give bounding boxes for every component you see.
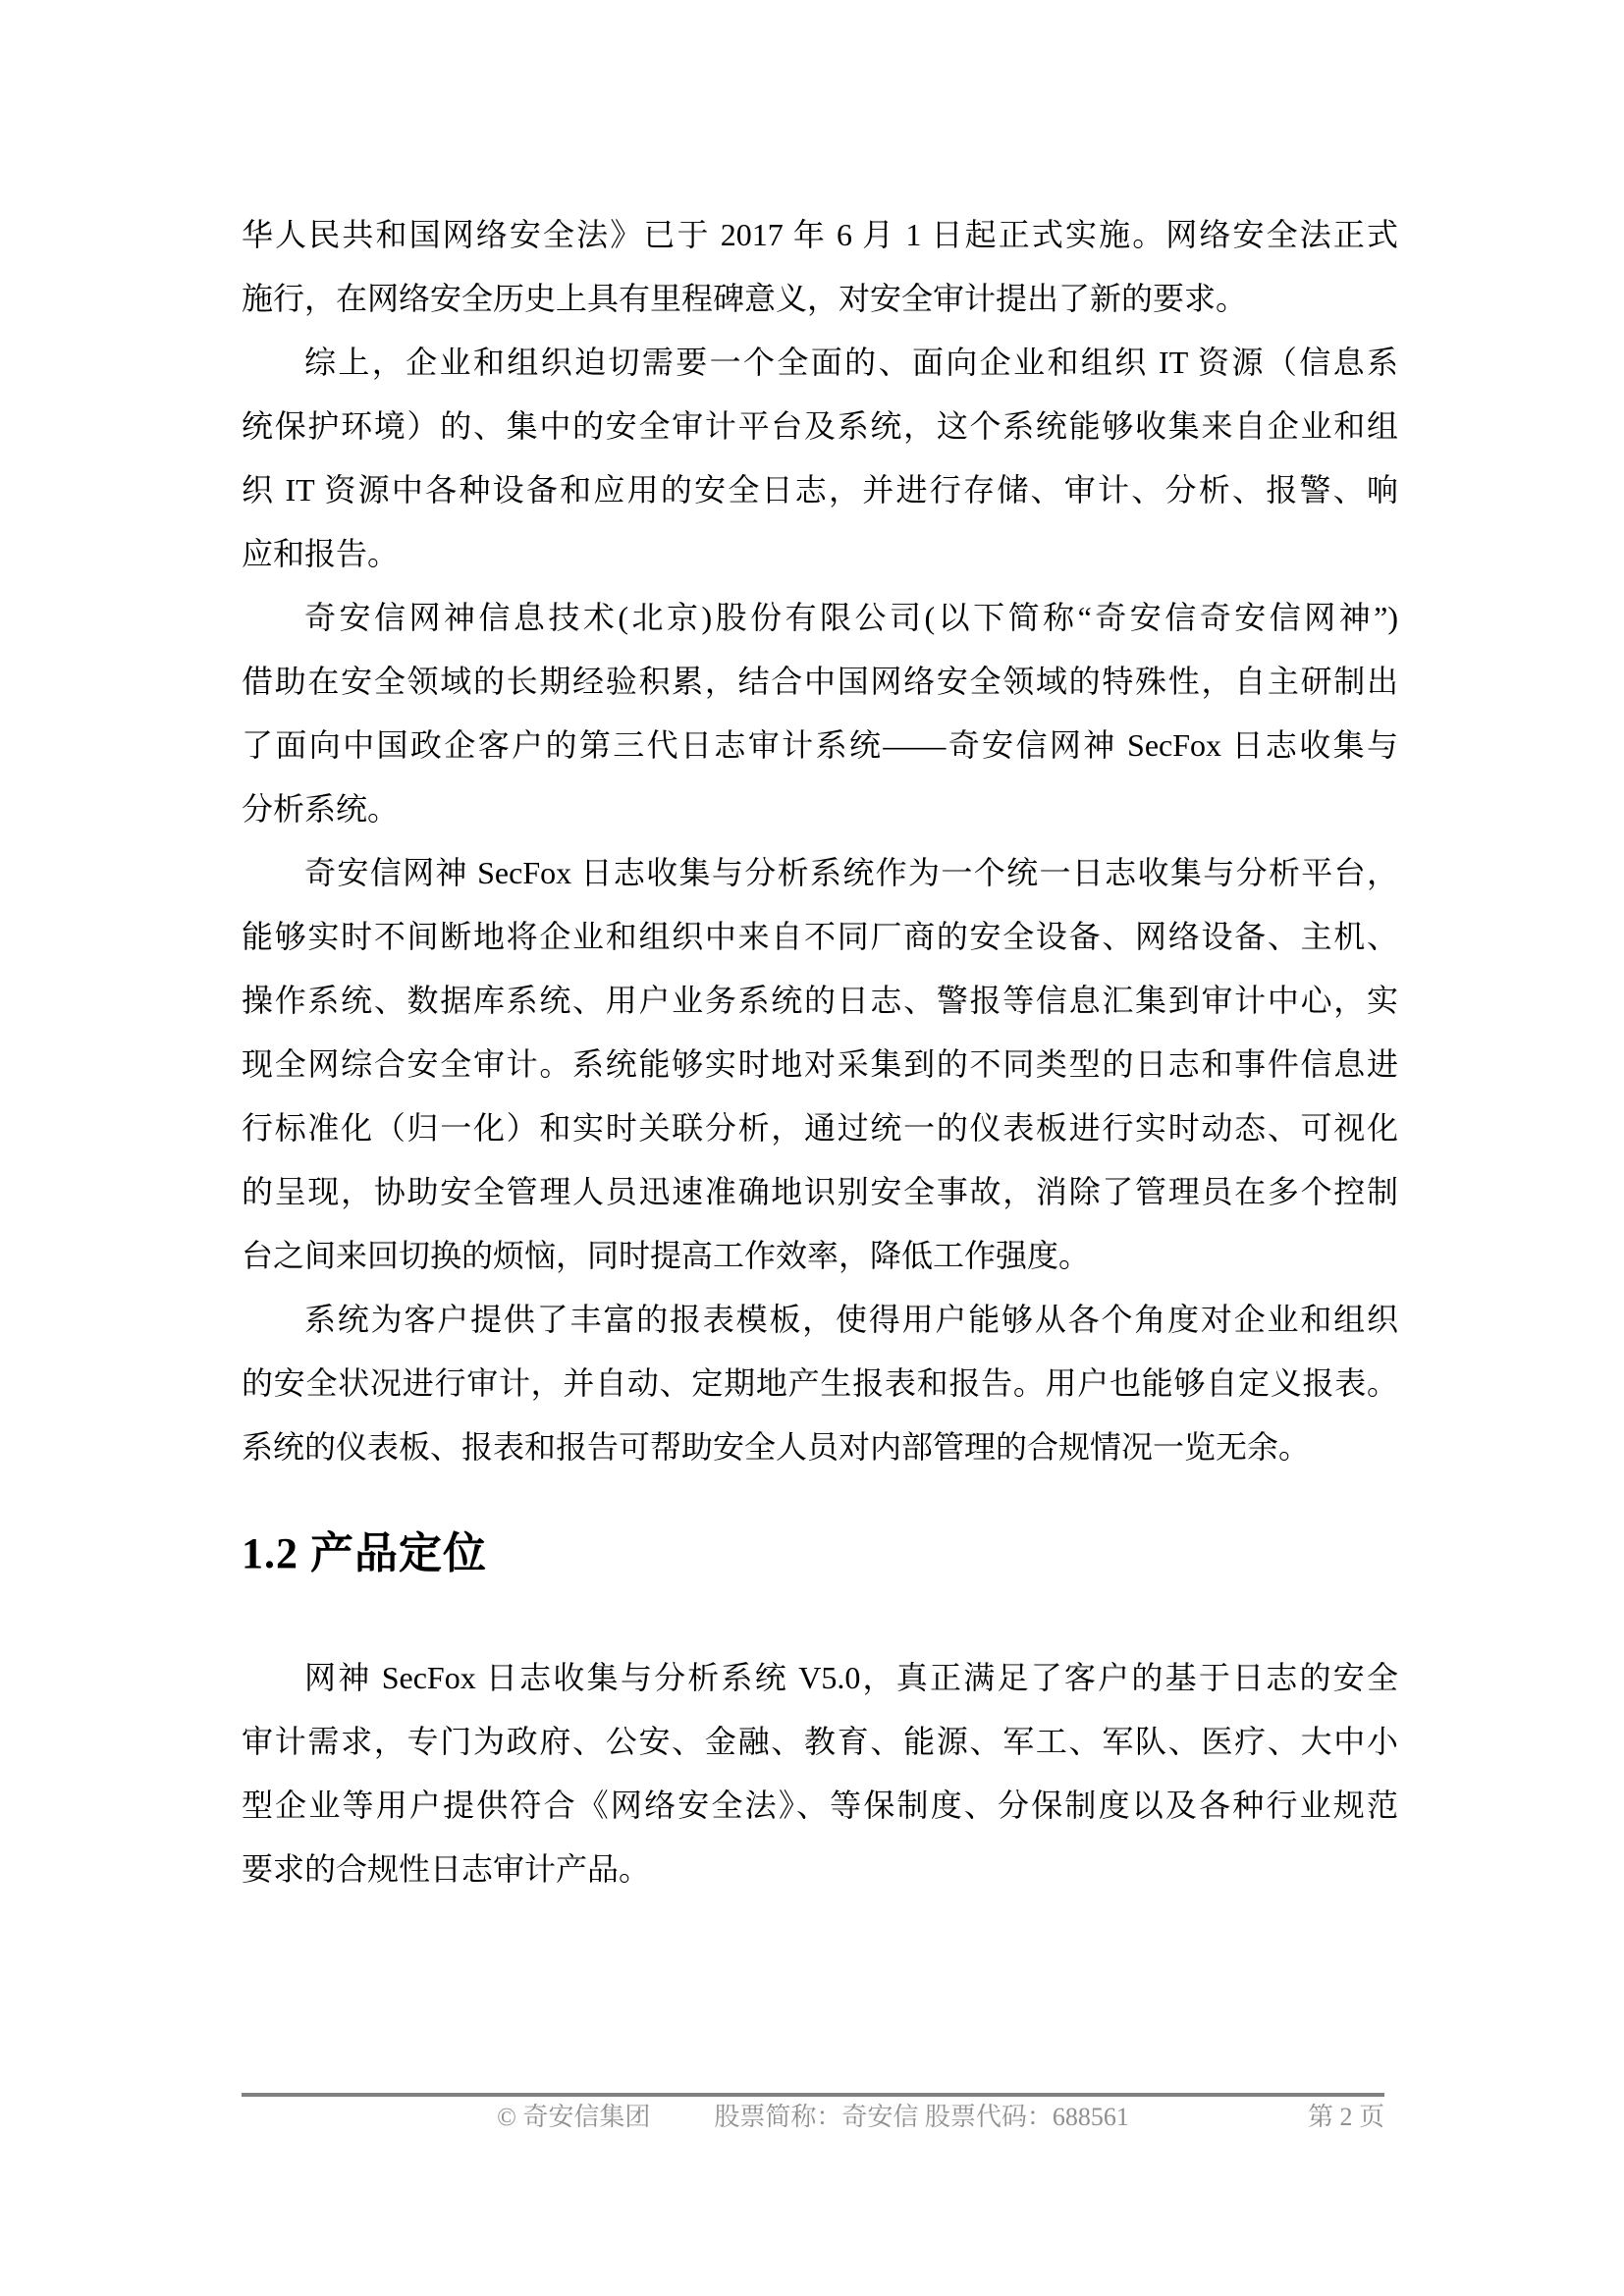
text-line: 的安全状况进行审计，并自动、定期地产生报表和报告。用户也能够自定义报表。: [242, 1352, 1398, 1415]
text-line: 分析系统。: [242, 777, 1398, 841]
text-line: 奇安信网神 SecFox 日志收集与分析系统作为一个统一日志收集与分析平台，: [242, 841, 1398, 905]
footer-copyright: © 奇安信集团: [497, 2103, 650, 2131]
text-line: 型企业等用户提供符合《网络安全法》、等保制度、分保制度以及各种行业规范: [242, 1774, 1398, 1838]
document-page: 华人民共和国网络安全法》已于 2017 年 6 月 1 日起正式实施。网络安全法…: [0, 0, 1624, 2296]
page-footer: © 奇安信集团 股票简称：奇安信 股票代码：688561 第 2 页: [242, 2102, 1384, 2133]
text-line: 综上，企业和组织迫切需要一个全面的、面向企业和组织 IT 资源（信息系: [242, 331, 1398, 395]
footer-center-text: © 奇安信集团 股票简称：奇安信 股票代码：688561: [242, 2102, 1384, 2133]
text-line: 华人民共和国网络安全法》已于 2017 年 6 月 1 日起正式实施。网络安全法…: [242, 203, 1398, 267]
document-body: 华人民共和国网络安全法》已于 2017 年 6 月 1 日起正式实施。网络安全法…: [242, 203, 1398, 1901]
section-heading: 1.2 产品定位: [242, 1524, 1398, 1583]
text-line: 现全网综合安全审计。系统能够实时地对采集到的不同类型的日志和事件信息进: [242, 1033, 1398, 1096]
footer-divider: [242, 2093, 1384, 2097]
text-line: 施行，在网络安全历史上具有里程碑意义，对安全审计提出了新的要求。: [242, 267, 1398, 331]
footer-stock-info: 股票简称：奇安信 股票代码：688561: [714, 2103, 1129, 2131]
text-line: 织 IT 资源中各种设备和应用的安全日志，并进行存储、审计、分析、报警、响: [242, 458, 1398, 522]
text-line: 系统的仪表板、报表和报告可帮助安全人员对内部管理的合规情况一览无余。: [242, 1415, 1398, 1479]
text-line: 的呈现，协助安全管理人员迅速准确地识别安全事故，消除了管理员在多个控制: [242, 1160, 1398, 1224]
text-line: 了面向中国政企客户的第三代日志审计系统——奇安信网神 SecFox 日志收集与: [242, 714, 1398, 777]
text-line: 行标准化（归一化）和实时关联分析，通过统一的仪表板进行实时动态、可视化: [242, 1096, 1398, 1160]
text-line: 借助在安全领域的长期经验积累，结合中国网络安全领域的特殊性，自主研制出: [242, 650, 1398, 714]
text-line: 统保护环境）的、集中的安全审计平台及系统，这个系统能够收集来自企业和组: [242, 395, 1398, 458]
footer-spacer: [657, 2103, 708, 2131]
text-line: 系统为客户提供了丰富的报表模板，使得用户能够从各个角度对企业和组织: [242, 1288, 1398, 1352]
body-lines-before-heading: 华人民共和国网络安全法》已于 2017 年 6 月 1 日起正式实施。网络安全法…: [242, 203, 1398, 1479]
text-line: 网神 SecFox 日志收集与分析系统 V5.0，真正满足了客户的基于日志的安全: [242, 1646, 1398, 1710]
text-line: 奇安信网神信息技术(北京)股份有限公司(以下简称“奇安信奇安信网神”): [242, 586, 1398, 650]
text-line: 台之间来回切换的烦恼，同时提高工作效率，降低工作强度。: [242, 1224, 1398, 1288]
text-line: 要求的合规性日志审计产品。: [242, 1838, 1398, 1901]
footer-page-number: 第 2 页: [1308, 2102, 1384, 2133]
text-line: 操作系统、数据库系统、用户业务系统的日志、警报等信息汇集到审计中心，实: [242, 969, 1398, 1033]
text-line: 审计需求，专门为政府、公安、金融、教育、能源、军工、军队、医疗、大中小: [242, 1710, 1398, 1774]
body-lines-after-heading: 网神 SecFox 日志收集与分析系统 V5.0，真正满足了客户的基于日志的安全…: [242, 1646, 1398, 1901]
text-line: 能够实时不间断地将企业和组织中来自不同厂商的安全设备、网络设备、主机、: [242, 905, 1398, 969]
text-line: 应和报告。: [242, 522, 1398, 586]
